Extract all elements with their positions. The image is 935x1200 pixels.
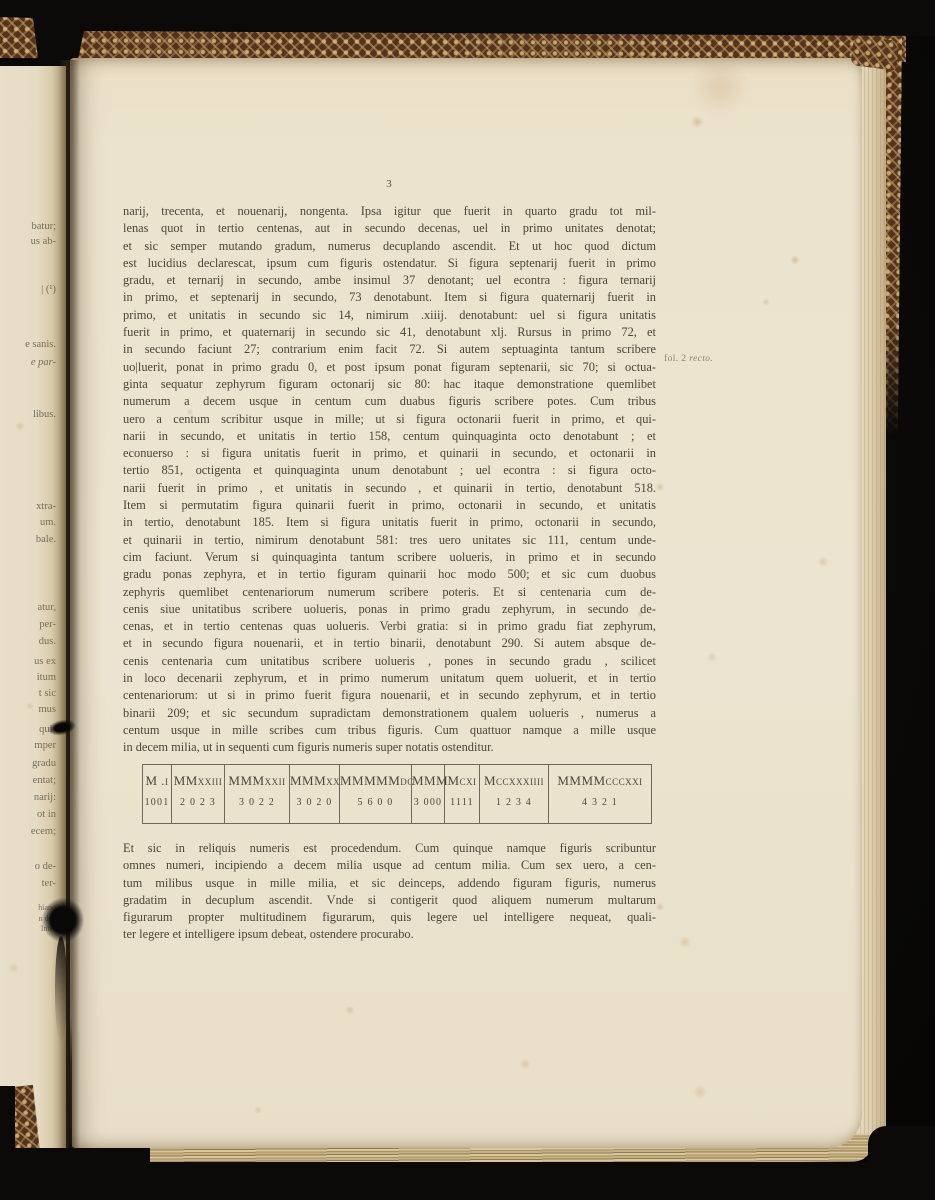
text-line: gradu ponas zephyra, et in tertio figura… xyxy=(123,566,656,583)
text-line: omnes numeri, incipiendo a decem milia u… xyxy=(123,857,656,874)
background-bottom xyxy=(0,1162,935,1200)
text-line: lenas quot in tertio centenas, aut in se… xyxy=(123,220,656,237)
arabic-numeral: 4 3 2 1 xyxy=(549,797,651,808)
text-line: numerum a decem usque in centum cum duab… xyxy=(123,393,656,410)
roman-arabic-numeral-table: M .i1001MMxxiii2 0 2 3MMMxxii3 0 2 2MMMx… xyxy=(142,764,652,824)
text-line: gradu, et ternarij in secundo, ambe insi… xyxy=(123,272,656,289)
text-line: uero a centum scribitur usque in mille; … xyxy=(123,411,656,428)
text-line: in loco decenarii zephyrum, et in primo … xyxy=(123,670,656,687)
facing-page-text-fragment: ter- xyxy=(42,878,56,890)
text-line: zephyris quemlibet centenariorum numerum… xyxy=(123,584,656,601)
numeral-table-cell: MMMxxii3 0 2 2 xyxy=(224,765,289,823)
text-line: centenariorum: ut si in primo fuerit fig… xyxy=(123,687,656,704)
text-line: est lucidius declarescat, ipsum cum figu… xyxy=(123,255,656,272)
text-line: in secundo faciunt 27; contrarium enim f… xyxy=(123,341,656,358)
folio-recto-label: recto. xyxy=(689,354,713,364)
numeral-table-cell: MMMxx3 0 2 0 xyxy=(289,765,339,823)
facing-page-text-fragment: libus. xyxy=(33,409,56,421)
text-line: tum milibus usque in mille milia, et sic… xyxy=(123,875,656,892)
text-line: narii in secundo, et unitatis in tertio … xyxy=(123,428,656,445)
book-page: 3 fol. 2 recto. narij, trecenta, et noue… xyxy=(70,58,862,1148)
facing-page-text-fragment: per- xyxy=(39,619,56,631)
numeral-table-cell: MMxxiii2 0 2 3 xyxy=(171,765,224,823)
text-line: ter legere et intelligere ipsum debeat, … xyxy=(123,926,656,943)
numeral-table-cell: MMMMcccxxi4 3 2 1 xyxy=(548,765,651,823)
roman-numeral: MMM xyxy=(412,765,444,797)
numeral-table-cell: Mcxi1111 xyxy=(444,765,479,823)
facing-page-text-fragment: ecem; xyxy=(31,826,56,838)
text-line: cenis centenaria cum unitatibus scribere… xyxy=(123,653,656,670)
numeral-table-cell: MMM3 000 xyxy=(411,765,444,823)
facing-page-text-fragment: itum xyxy=(37,672,56,684)
facing-page-text-fragment: gradu xyxy=(32,758,56,770)
text-line: et sic semper mutando gradum, numerus de… xyxy=(123,238,656,255)
text-line: ginta sequatur zephyrum figuram octonari… xyxy=(123,376,656,393)
arabic-numeral: 5 6 0 0 xyxy=(340,797,411,808)
text-line: narij, trecenta, et nouenarij, nongenta.… xyxy=(123,203,656,220)
facing-page-text-fragment: o de- xyxy=(35,861,56,873)
arabic-numeral: 3 000 xyxy=(412,797,444,808)
text-line: in primo, et septenarij in secundo, 73 d… xyxy=(123,289,656,306)
roman-numeral: M .i xyxy=(143,765,171,797)
text-line: in tertio, denotabunt 185. Item si figur… xyxy=(123,514,656,531)
cover-corner-fold xyxy=(850,35,899,70)
text-line: binarii 209; et sic secundum supradictam… xyxy=(123,705,656,722)
text-line: Item si permutatim figura quinarii fueri… xyxy=(123,497,656,514)
text-line: cim faciunt. Verum si quinquaginta tantu… xyxy=(123,549,656,566)
roman-numeral: Mccxxxiiii xyxy=(480,765,548,797)
facing-page-text-fragment: t sic xyxy=(39,688,56,700)
facing-page-text-fragment: bale. xyxy=(36,534,56,546)
page-number: 3 xyxy=(123,178,656,190)
facing-page-text-fragment: | (¹) xyxy=(41,284,56,296)
text-line: primo, et unitatis in secundo sic 14, ni… xyxy=(123,307,656,324)
text-line: tertio 851, octigenta et quinquaginta un… xyxy=(123,462,656,479)
roman-numeral: MMMMMdc xyxy=(340,765,411,797)
arabic-numeral: 3 0 2 2 xyxy=(225,797,289,808)
ink-blot xyxy=(42,898,84,942)
background-bottom-right xyxy=(868,1126,935,1200)
roman-numeral: MMMxx xyxy=(290,765,339,797)
numeral-table-cell: MMMMMdc5 6 0 0 xyxy=(339,765,411,823)
facing-page-text-fragment: mus xyxy=(38,704,56,716)
facing-page-text-fragment: atur, xyxy=(37,602,56,614)
roman-numeral: MMxxiii xyxy=(172,765,224,797)
roman-numeral: Mcxi xyxy=(445,765,479,797)
roman-numeral: MMMxxii xyxy=(225,765,289,797)
text-line: et quinarii in tertio, nimirum denotabun… xyxy=(123,532,656,549)
paragraph-2: Et sic in reliquis numeris est procedend… xyxy=(123,840,656,944)
arabic-numeral: 1111 xyxy=(445,797,479,808)
facing-page-text-fragment: narij: xyxy=(34,792,56,804)
book-photograph: batur;us ab-| (¹)e sanis.e par-libus.xtr… xyxy=(0,0,935,1200)
facing-page-text-fragment: dus. xyxy=(39,636,56,648)
facing-page-text-fragment: entat; xyxy=(33,775,56,787)
paragraph-1: narij, trecenta, et nouenarij, nongenta.… xyxy=(123,203,656,757)
text-line: Et sic in reliquis numeris est procedend… xyxy=(123,840,656,857)
facing-page-text-fragment: us ex xyxy=(34,656,56,668)
arabic-numeral: 1 2 3 4 xyxy=(480,797,548,808)
text-line: narii fuerit in primo , et unitatis in s… xyxy=(123,480,656,497)
facing-page-text-fragment: us ab- xyxy=(31,236,56,248)
roman-numeral: MMMMcccxxi xyxy=(549,765,651,797)
numeral-table-cell: Mccxxxiiii1 2 3 4 xyxy=(479,765,548,823)
text-line: cenis siue unitatibus scribere uolueris,… xyxy=(123,601,656,618)
text-line: econuerso : si figura unitatis fuerit in… xyxy=(123,445,656,462)
text-line: uo|luerit, ponat in primo gradu 0, et po… xyxy=(123,359,656,376)
folio-label: fol. 2 xyxy=(664,354,686,364)
facing-page-text-fragment: batur; xyxy=(32,221,57,233)
text-line: figurarum propter multitudinem figurarum… xyxy=(123,909,656,926)
facing-page-text-fragment: e par- xyxy=(31,357,56,369)
facing-page-text-fragment: xtra- xyxy=(36,501,56,513)
facing-page-text-fragment: ot in xyxy=(37,809,56,821)
ink-streak xyxy=(55,936,67,1044)
facing-page-text-fragment: mper xyxy=(34,740,56,752)
folio-margin-note: fol. 2 recto. xyxy=(664,354,713,364)
text-line: fuerit in primo, et quaternarij in secun… xyxy=(123,324,656,341)
arabic-numeral: 1001 xyxy=(143,797,171,808)
numeral-table-cell: M .i1001 xyxy=(143,765,171,823)
facing-page-text-fragment: e sanis. xyxy=(25,339,56,351)
arabic-numeral: 2 0 2 3 xyxy=(172,797,224,808)
facing-page-text-fragment: um. xyxy=(40,517,56,529)
text-line: cenas, et in tertio centenas quas uoluer… xyxy=(123,618,656,635)
arabic-numeral: 3 0 2 0 xyxy=(290,797,339,808)
text-line: et in secundo figura nouenarii, et in te… xyxy=(123,635,656,652)
text-line: gradatim in decuplum ascendit. Vnde si c… xyxy=(123,892,656,909)
text-line: centum usque in mille scribes cum tribus… xyxy=(123,722,656,739)
text-line: in decem milia, ut in sequenti cum figur… xyxy=(123,739,656,756)
gutter-crack xyxy=(69,1018,72,1148)
